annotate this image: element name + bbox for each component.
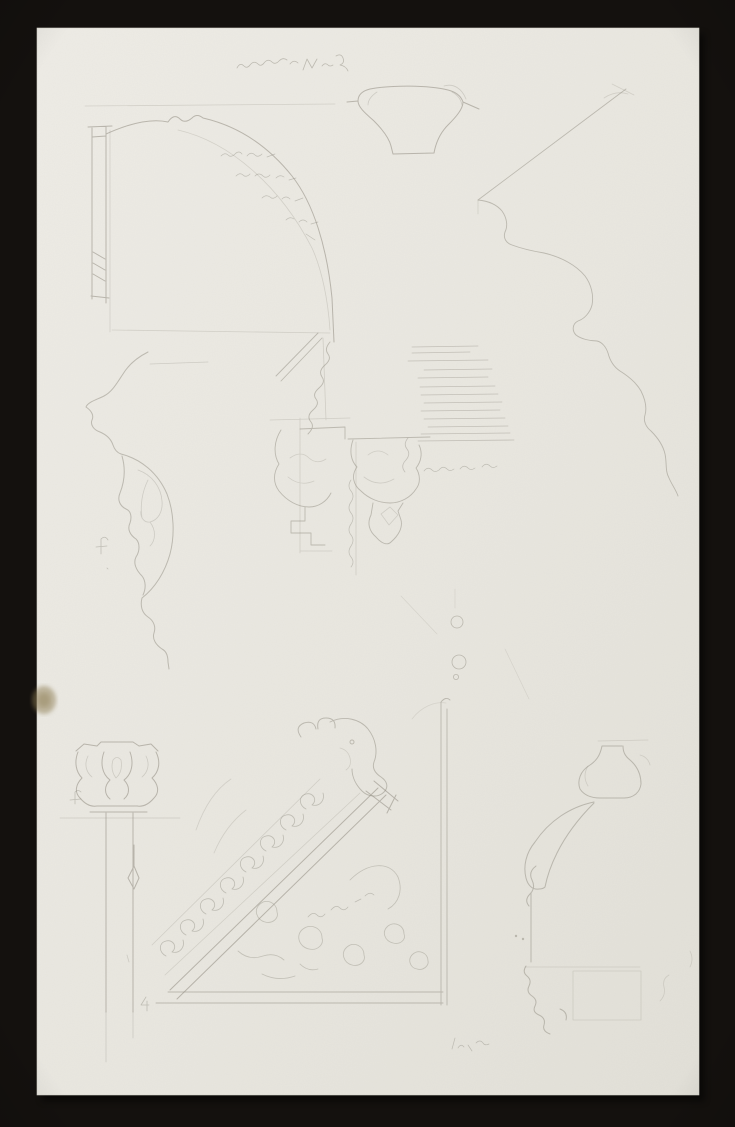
- sketch-sheet-svg: [0, 0, 735, 1127]
- artwork-photo: Sheet of faint pencil sketches of archit…: [0, 0, 735, 1127]
- photograph-stage: Sheet of faint pencil sketches of archit…: [0, 0, 735, 1127]
- photo-vignette: [0, 0, 735, 1127]
